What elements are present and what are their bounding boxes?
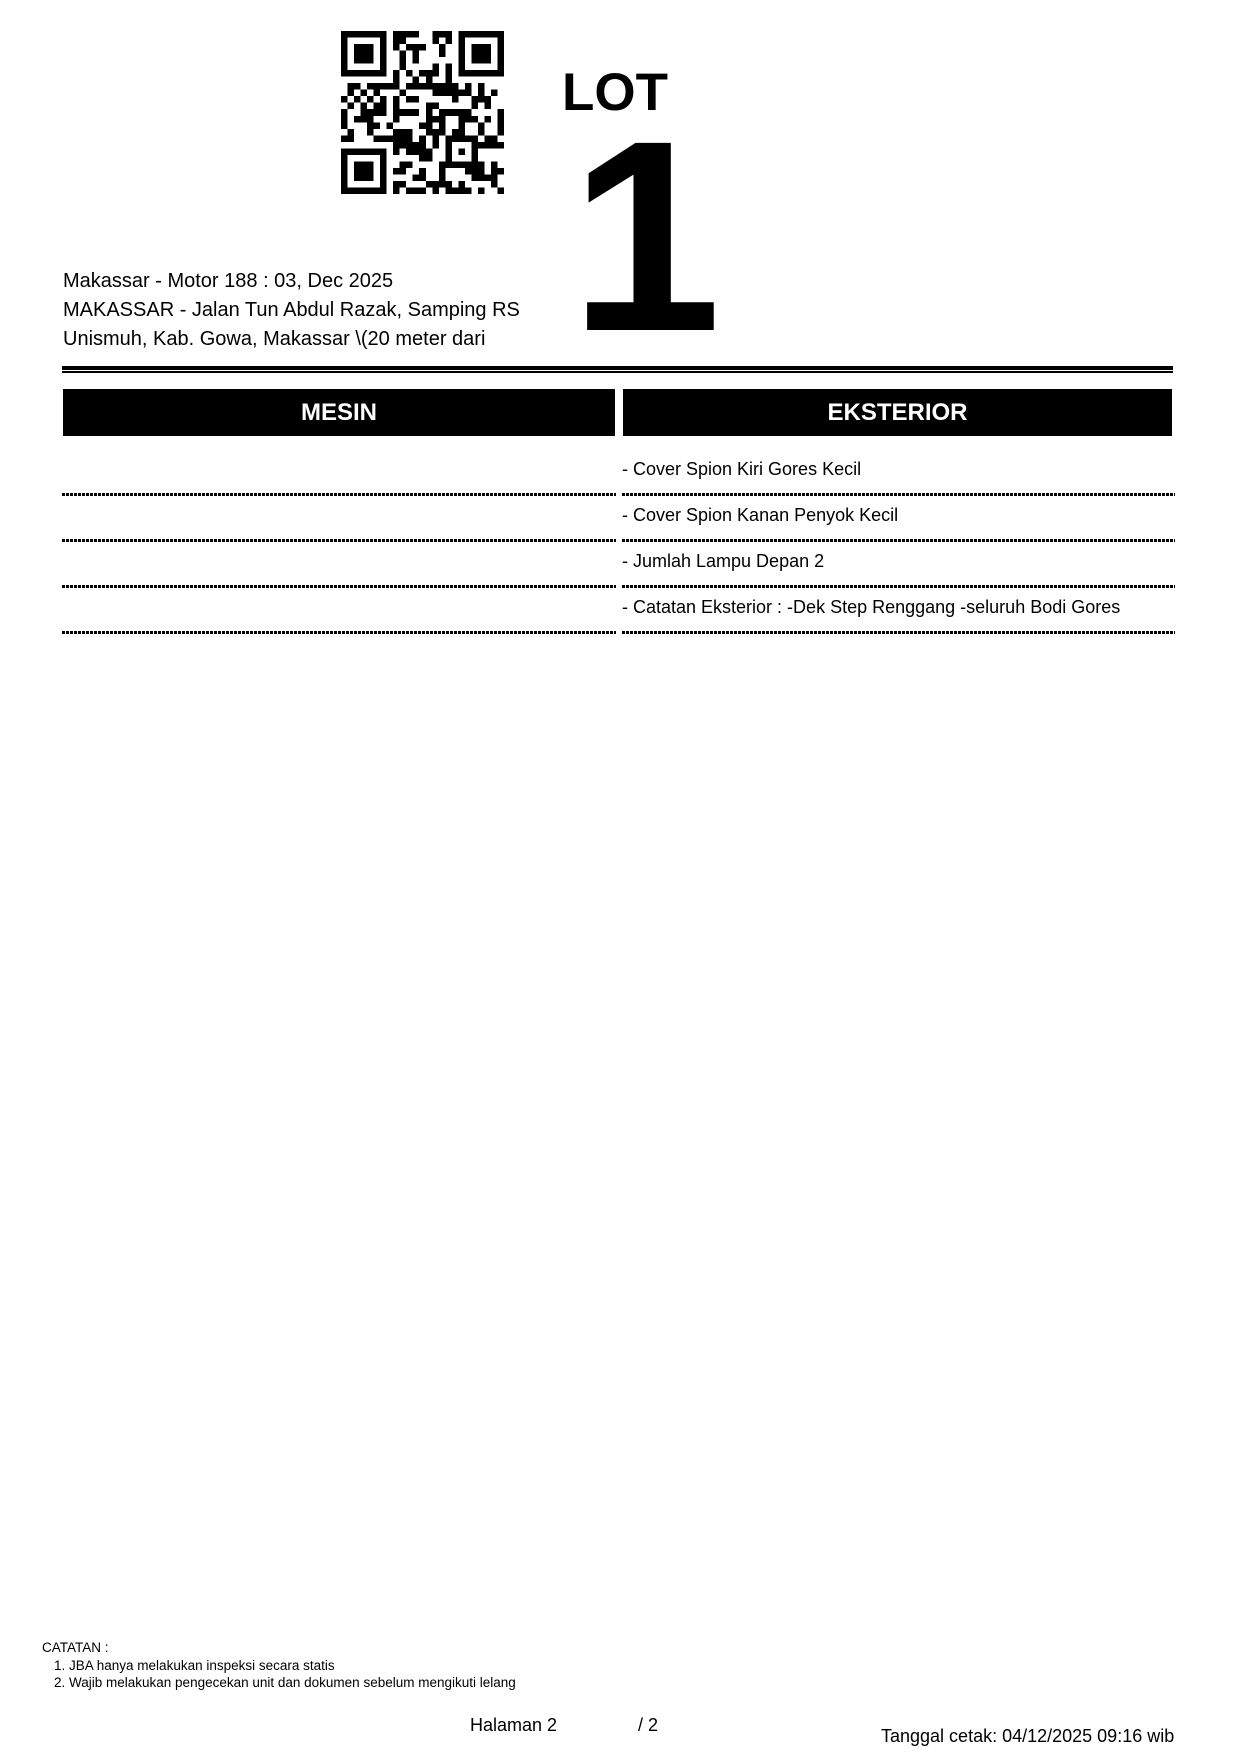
qr-code-icon (341, 31, 504, 194)
auction-address-line-2: Unismuh, Kab. Gowa, Makassar \(20 meter … (63, 329, 485, 349)
row-divider (62, 493, 616, 496)
row-divider (62, 585, 616, 588)
eksterior-cell: - Jumlah Lampu Depan 2 (622, 552, 824, 570)
row-divider (62, 539, 616, 542)
header-divider (62, 366, 1173, 370)
row-divider (622, 493, 1175, 496)
column-header-eksterior: EKSTERIOR (623, 389, 1172, 436)
page-label: Halaman 2 (470, 1716, 557, 1734)
row-divider (622, 631, 1175, 634)
print-date: Tanggal cetak: 04/12/2025 09:16 wib (881, 1727, 1174, 1745)
header-divider-thin (62, 371, 1173, 373)
auction-title: Makassar - Motor 188 : 03, Dec 2025 (63, 271, 393, 291)
row-divider (62, 631, 616, 634)
eksterior-cell: - Cover Spion Kanan Penyok Kecil (622, 506, 898, 524)
row-divider (622, 585, 1175, 588)
note-item: 1. JBA hanya melakukan inspeksi secara s… (54, 1659, 335, 1673)
page-total: / 2 (638, 1716, 658, 1734)
row-divider (622, 539, 1175, 542)
note-item: 2. Wajib melakukan pengecekan unit dan d… (54, 1676, 516, 1690)
eksterior-cell: - Cover Spion Kiri Gores Kecil (622, 460, 861, 478)
eksterior-cell: - Catatan Eksterior : -Dek Step Renggang… (622, 598, 1120, 616)
column-header-mesin: MESIN (63, 389, 615, 436)
notes-title: CATATAN : (42, 1641, 109, 1655)
auction-address-line-1: MAKASSAR - Jalan Tun Abdul Razak, Sampin… (63, 300, 520, 320)
lot-number: 1 (570, 100, 721, 372)
